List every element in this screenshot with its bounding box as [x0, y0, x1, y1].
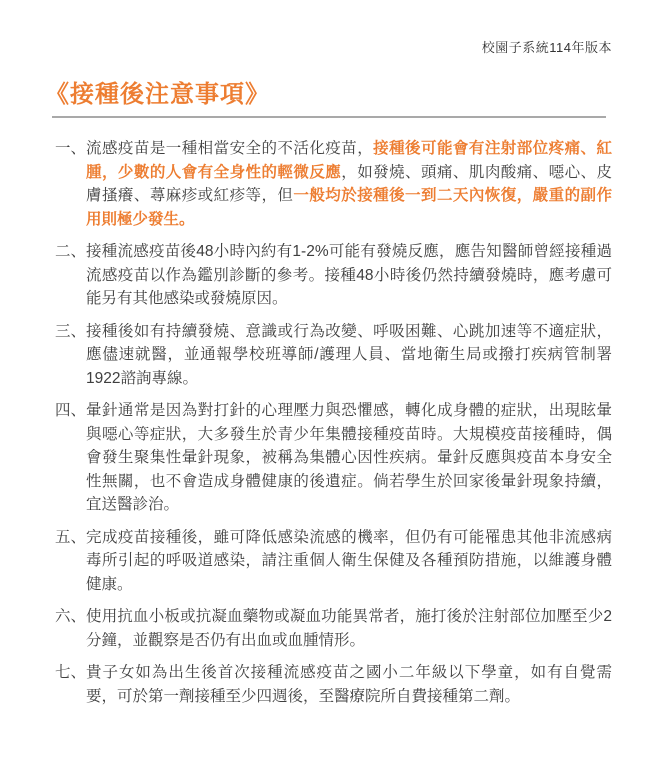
item-text: 完成疫苗接種後，雖可降低感染流感的機率，但仍有可能罹患其他非流感病毒所引起的呼吸…: [86, 526, 612, 597]
item-number: 三、: [55, 320, 86, 344]
item-text: 接種後如有持續發燒、意識或行為改變、呼吸困難、心跳加速等不適症狀，應儘速就醫，並…: [86, 320, 612, 391]
list-item: 四、暈針通常是因為對打針的心理壓力與恐懼感，轉化成身體的症狀，出現眩暈與噁心等症…: [55, 399, 612, 517]
list-item: 三、接種後如有持續發燒、意識或行為改變、呼吸困難、心跳加速等不適症狀，應儘速就醫…: [55, 320, 612, 391]
item-number: 一、: [55, 137, 86, 161]
item-text-segment: 接種流感疫苗後48小時內約有1-2%可能有發燒反應，應告知醫師曾經接種過流感疫苗…: [86, 243, 612, 307]
item-text-segment: 暈針通常是因為對打針的心理壓力與恐懼感，轉化成身體的症狀，出現眩暈與噁心等症狀，…: [86, 402, 612, 513]
item-text-segment: 流感疫苗是一種相當安全的不活化疫苗，: [86, 140, 373, 157]
item-text-segment: 使用抗血小板或抗凝血藥物或凝血功能異常者，施打後於注射部位加壓至少2分鐘，並觀察…: [86, 608, 612, 649]
item-text: 暈針通常是因為對打針的心理壓力與恐懼感，轉化成身體的症狀，出現眩暈與噁心等症狀，…: [86, 399, 612, 517]
item-text: 接種流感疫苗後48小時內約有1-2%可能有發燒反應，應告知醫師曾經接種過流感疫苗…: [86, 240, 612, 311]
item-text-segment: 完成疫苗接種後，雖可降低感染流感的機率，但仍有可能罹患其他非流感病毒所引起的呼吸…: [86, 529, 612, 593]
notes-list: 一、流感疫苗是一種相當安全的不活化疫苗，接種後可能會有注射部位疼痛、紅腫，少數的…: [55, 137, 612, 717]
item-text: 使用抗血小板或抗凝血藥物或凝血功能異常者，施打後於注射部位加壓至少2分鐘，並觀察…: [86, 605, 612, 652]
item-text: 流感疫苗是一種相當安全的不活化疫苗，接種後可能會有注射部位疼痛、紅腫，少數的人會…: [86, 137, 612, 231]
list-item: 二、接種流感疫苗後48小時內約有1-2%可能有發燒反應，應告知醫師曾經接種過流感…: [55, 240, 612, 311]
item-text: 貴子女如為出生後首次接種流感疫苗之國小二年級以下學童，如有自覺需要，可於第一劑接…: [86, 661, 612, 708]
list-item: 五、完成疫苗接種後，雖可降低感染流感的機率，但仍有可能罹患其他非流感病毒所引起的…: [55, 526, 612, 597]
list-item: 一、流感疫苗是一種相當安全的不活化疫苗，接種後可能會有注射部位疼痛、紅腫，少數的…: [55, 137, 612, 231]
document-page: 校園子系統114年版本 《接種後注意事項》 一、流感疫苗是一種相當安全的不活化疫…: [0, 0, 652, 774]
item-number: 五、: [55, 526, 86, 550]
item-text-segment: 接種後如有持續發燒、意識或行為改變、呼吸困難、心跳加速等不適症狀，應儘速就醫，並…: [86, 323, 612, 387]
list-item: 六、使用抗血小板或抗凝血藥物或凝血功能異常者，施打後於注射部位加壓至少2分鐘，並…: [55, 605, 612, 652]
item-text-segment: 貴子女如為出生後首次接種流感疫苗之國小二年級以下學童，如有自覺需要，可於第一劑接…: [86, 664, 612, 705]
list-item: 七、貴子女如為出生後首次接種流感疫苗之國小二年級以下學童，如有自覺需要，可於第一…: [55, 661, 612, 708]
item-number: 六、: [55, 605, 86, 629]
item-number: 二、: [55, 240, 86, 264]
item-number: 七、: [55, 661, 86, 685]
item-number: 四、: [55, 399, 86, 423]
page-title: 《接種後注意事項》: [45, 74, 270, 109]
title-divider: [52, 116, 606, 118]
version-note: 校園子系統114年版本: [482, 37, 612, 56]
